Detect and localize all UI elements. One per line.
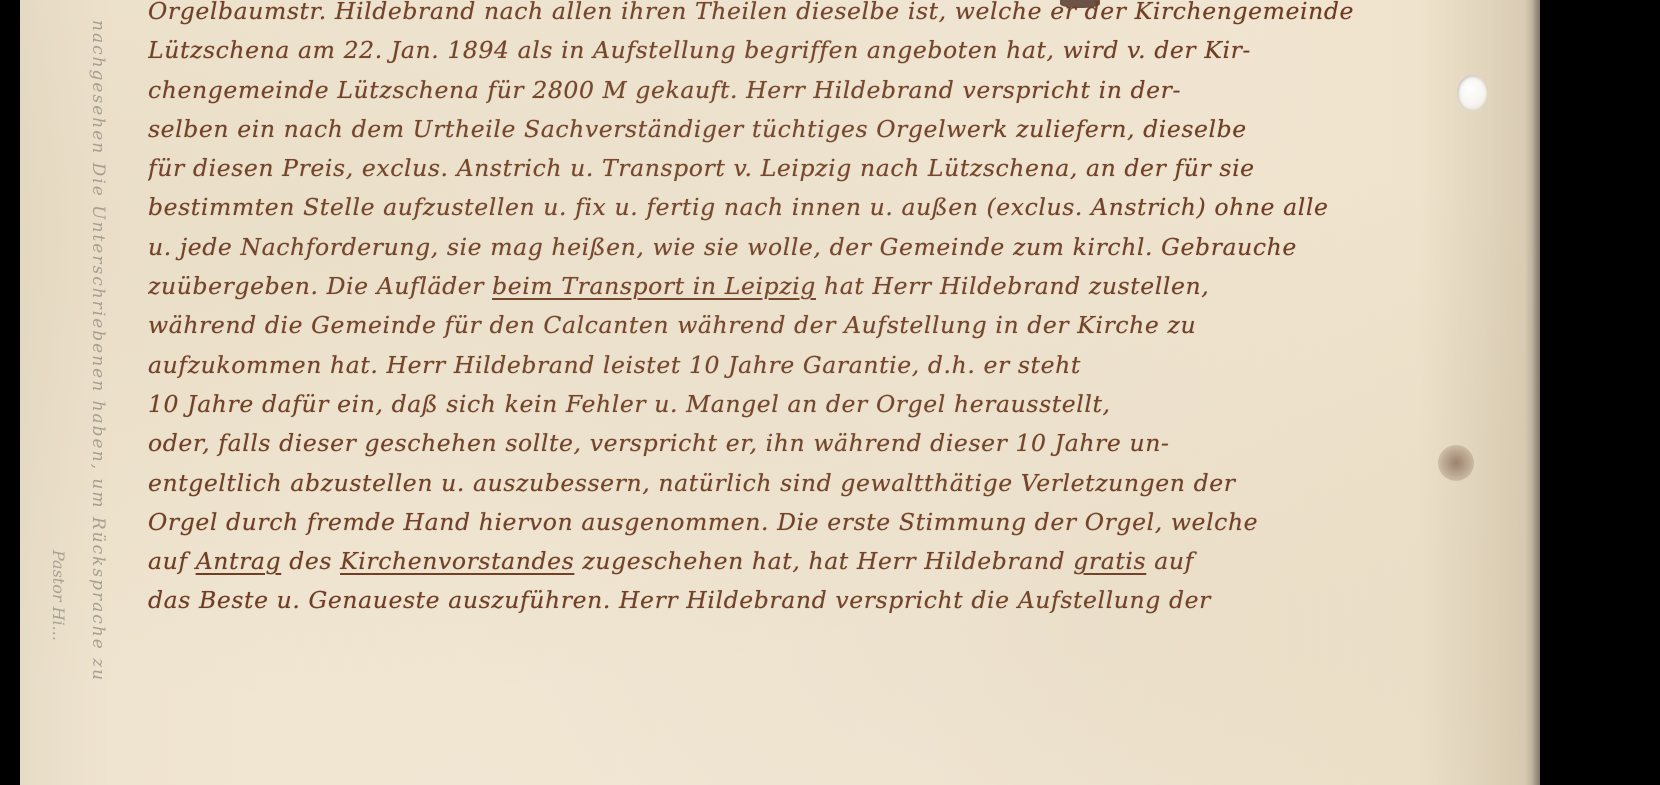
text-line-8: zuübergeben. Die Aufläder beim Transport… (148, 267, 1533, 306)
text-line-14: Orgel durch fremde Hand hiervon ausgenom… (148, 503, 1533, 542)
text-line-16: das Beste u. Genaueste auszuführen. Herr… (148, 581, 1533, 620)
page-edge-shadow (1532, 0, 1540, 785)
underlined-phrase: gratis (1073, 547, 1146, 575)
handwritten-text-body: Orgelbaumstr. Hildebrand nach allen ihre… (148, 0, 1533, 621)
underlined-phrase: Antrag (196, 547, 281, 575)
text-line-1: Orgelbaumstr. Hildebrand nach allen ihre… (148, 0, 1533, 31)
text-line-12: oder, falls dieser geschehen sollte, ver… (148, 424, 1533, 463)
text-line-10: aufzukommen hat. Herr Hildebrand leistet… (148, 346, 1533, 385)
text-line-5: für diesen Preis, exclus. Anstrich u. Tr… (148, 149, 1533, 188)
text-line-6: bestimmten Stelle aufzustellen u. fix u.… (148, 188, 1533, 227)
margin-note-pencil: nachgesehen Die Unterschriebenen haben, … (78, 20, 108, 780)
underlined-phrase: Kirchenvorstandes (340, 547, 574, 575)
underlined-phrase: beim Transport in Leipzig (492, 272, 816, 300)
text-line-2: Lützschena am 22. Jan. 1894 als in Aufst… (148, 31, 1533, 70)
text-line-11: 10 Jahre dafür ein, daß sich kein Fehler… (148, 385, 1533, 424)
margin-note-signature: Pastor Hi... (42, 550, 68, 780)
text-line-3: chengemeinde Lützschena für 2800 M gekau… (148, 71, 1533, 110)
text-line-9: während die Gemeinde für den Calcanten w… (148, 306, 1533, 345)
manuscript-page: nachgesehen Die Unterschriebenen haben, … (20, 0, 1540, 785)
text-line-13: entgeltlich abzustellen u. auszubessern,… (148, 464, 1533, 503)
text-line-15: auf Antrag des Kirchenvorstandes zugesch… (148, 542, 1533, 581)
text-line-7: u. jede Nachforderung, sie mag heißen, w… (148, 228, 1533, 267)
text-line-4: selben ein nach dem Urtheile Sachverstän… (148, 110, 1533, 149)
